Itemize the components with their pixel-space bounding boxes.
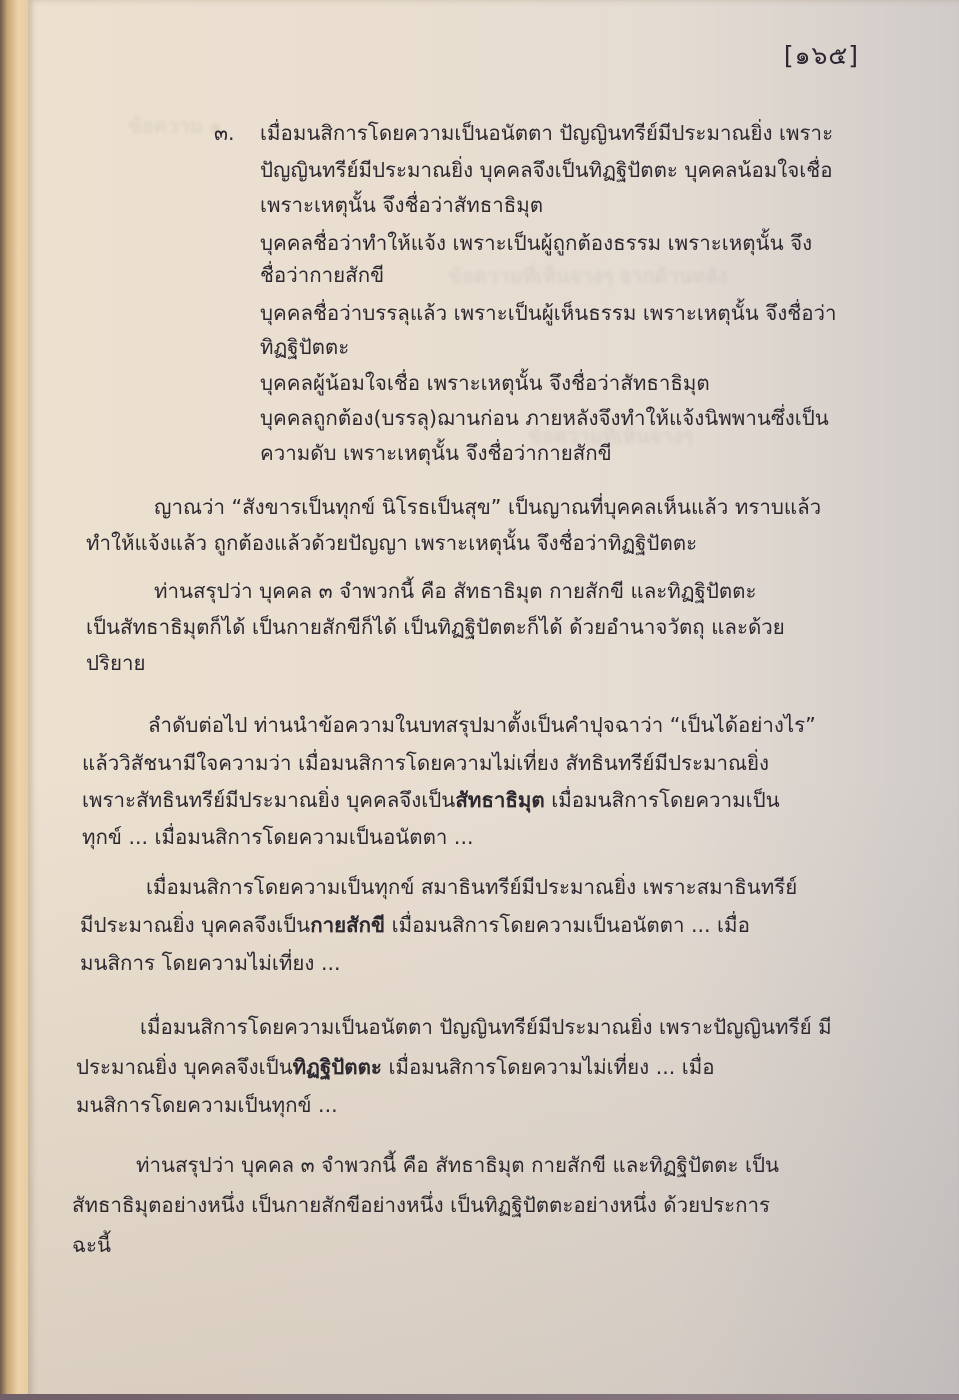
text-line: สัทธาธิมุตอย่างหนึ่ง เป็นกายสักขีอย่างหน… — [72, 1190, 770, 1220]
text-line: มนสิการโดยความเป็นทุกข์ ... — [76, 1090, 338, 1120]
text-line: เมื่อมนสิการโดยความเป็นทุกข์ สมาธินทรีย์… — [146, 872, 797, 902]
page-bottom-edge — [0, 1394, 959, 1400]
text-line: ชื่อว่ากายสักขี — [260, 260, 384, 290]
text-line: ปัญญินทรีย์มีประมาณยิ่ง บุคคลจึงเป็นทิฏฐ… — [260, 155, 833, 185]
text-segment: เพราะสัทธินทรีย์มีประมาณยิ่ง บุคคลจึงเป็… — [82, 788, 455, 812]
text-segment: มีประมาณยิ่ง บุคคลจึงเป็น — [80, 913, 310, 937]
text-line: ปริยาย — [86, 648, 146, 678]
book-page: ข้อความ ๑ ข้อความที่เห็นจางๆ จากด้านหลัง… — [28, 0, 959, 1400]
text-line: เพราะสัทธินทรีย์มีประมาณยิ่ง บุคคลจึงเป็… — [82, 785, 780, 815]
text-segment: เมื่อมนสิการโดยความเป็นอนัตตา ... เมื่อ — [385, 913, 750, 937]
page-content: [๑๖๕] ๓. เมื่อมนสิการโดยความเป็นอนัตตา ป… — [28, 0, 959, 1400]
text-line: ท่านสรุปว่า บุคคล ๓ จำพวกนี้ คือ สัทธาธิ… — [154, 576, 757, 606]
text-line: เพราะเหตุนั้น จึงชื่อว่าสัทธาธิมุต — [260, 190, 543, 220]
term-kayasakkhi: กายสักขี — [310, 913, 385, 937]
text-segment: ประมาณยิ่ง บุคคลจึงเป็น — [76, 1055, 293, 1079]
text-segment: เมื่อมนสิการโดยความเป็น — [545, 788, 780, 812]
text-line: ทำให้แจ้งแล้ว ถูกต้องแล้วด้วยปัญญา เพราะ… — [86, 528, 697, 558]
text-line: ความดับ เพราะเหตุนั้น จึงชื่อว่ากายสักขี — [260, 438, 612, 468]
term-saddhavimutta: สัทธาธิมุต — [455, 788, 544, 812]
text-line: มีประมาณยิ่ง บุคคลจึงเป็นกายสักขี เมื่อม… — [80, 910, 750, 940]
text-line: บุคคลชื่อว่าทำให้แจ้ง เพราะเป็นผู้ถูกต้อ… — [260, 228, 812, 258]
text-line: ลำดับต่อไป ท่านนำข้อความในบทสรุปมาตั้งเป… — [148, 710, 816, 740]
book-spine-edge — [0, 0, 30, 1400]
text-line: ทุกข์ ... เมื่อมนสิการโดยความเป็นอนัตตา … — [82, 822, 473, 852]
text-line: เมื่อมนสิการโดยความเป็นอนัตตา ปัญญินทรีย… — [140, 1012, 832, 1042]
term-ditthipatta: ทิฏฐิปัตตะ — [293, 1055, 382, 1079]
text-line: เป็นสัทธาธิมุตก็ได้ เป็นกายสักขีก็ได้ เป… — [86, 612, 785, 642]
text-line: ท่านสรุปว่า บุคคล ๓ จำพวกนี้ คือ สัทธาธิ… — [136, 1150, 779, 1180]
text-line: บุคคลถูกต้อง(บรรลุ)ฌานก่อน ภายหลังจึงทำใ… — [260, 403, 829, 433]
text-line: ประมาณยิ่ง บุคคลจึงเป็นทิฏฐิปัตตะ เมื่อม… — [76, 1052, 715, 1082]
item-marker: ๓. — [214, 118, 235, 148]
text-line: มนสิการ โดยความไม่เที่ยง ... — [80, 948, 341, 978]
page-number: [๑๖๕] — [784, 36, 859, 76]
text-segment: เมื่อมนสิการโดยความไม่เที่ยง ... เมื่อ — [382, 1055, 715, 1079]
text-line: ทิฏฐิปัตตะ — [260, 332, 349, 362]
text-line: บุคคลชื่อว่าบรรลุแล้ว เพราะเป็นผู้เห็นธร… — [260, 298, 837, 328]
text-line: เมื่อมนสิการโดยความเป็นอนัตตา ปัญญินทรีย… — [260, 118, 833, 148]
text-line: ฉะนี้ — [72, 1230, 111, 1260]
text-line: บุคคลผู้น้อมใจเชื่อ เพราะเหตุนั้น จึงชื่… — [260, 368, 710, 398]
text-line: แล้ววิสัชนามีใจความว่า เมื่อมนสิการโดยคว… — [82, 748, 769, 778]
text-line: ญาณว่า “สังขารเป็นทุกข์ นิโรธเป็นสุข” เป… — [154, 492, 821, 522]
